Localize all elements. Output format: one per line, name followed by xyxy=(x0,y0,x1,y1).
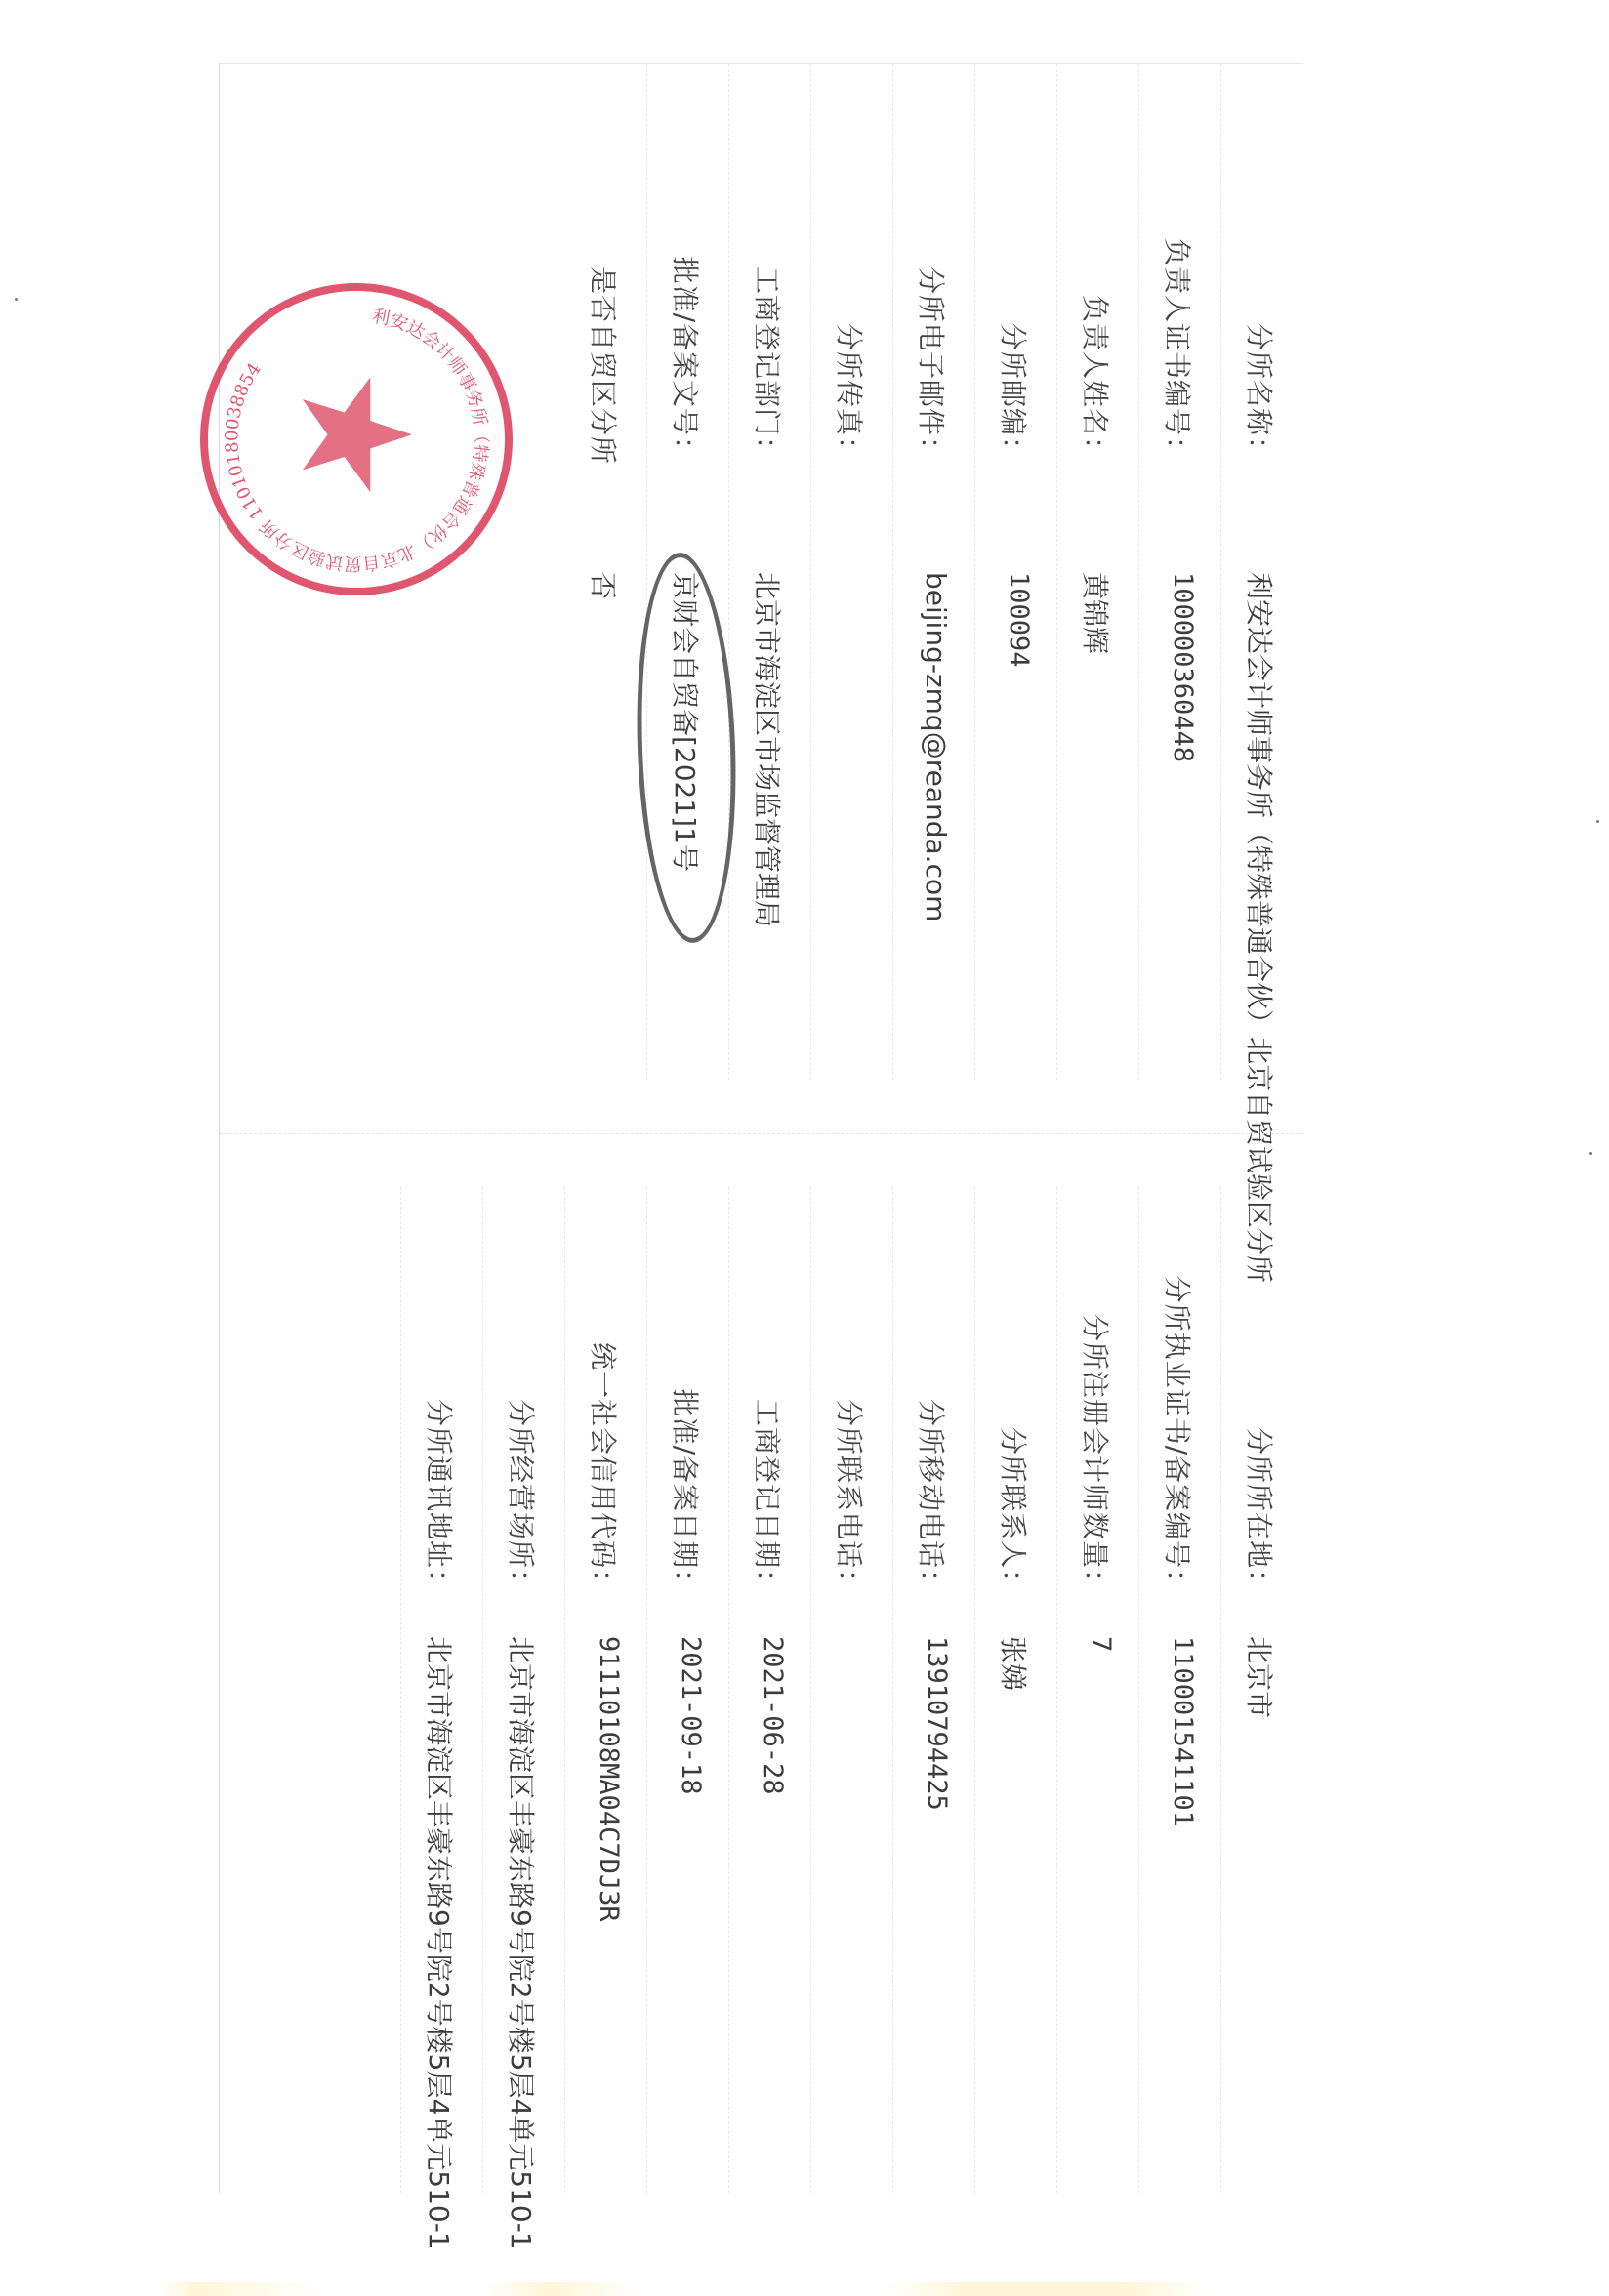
field-value: 100094 xyxy=(1004,572,1034,668)
field-business-address: 分所经营场所： 北京市海淀区丰豪东路9号院2号楼5层4单元510-1 xyxy=(482,1187,565,2193)
field-label: 分所联系电话： xyxy=(831,1399,870,1597)
field-value: 13910794425 xyxy=(922,1636,952,1811)
field-value: 7 xyxy=(1086,1636,1116,1652)
field-mobile: 分所移动电话： 13910794425 xyxy=(892,1187,975,2193)
field-registration-dept: 工商登记部门： 北京市海淀区市场监督管理局 xyxy=(728,64,811,1080)
field-label: 分所联系人： xyxy=(995,1427,1034,1597)
seal-graphic: 利安达会计师事务所（特殊普通合伙）北京自贸试验区分所 1101018003885… xyxy=(208,291,505,588)
field-label: 分所邮编： xyxy=(995,323,1034,465)
field-value: 北京市海淀区丰豪东路9号院2号楼5层4单元510-1 xyxy=(503,1636,542,2250)
field-value: 91110108MA04C7DJ3R xyxy=(594,1636,624,1922)
field-value: 利安达会计师事务所（特殊普通合伙）北京自贸试验区分所 xyxy=(1241,572,1280,1283)
field-label: 分所传真： xyxy=(831,323,870,465)
official-seal: 利安达会计师事务所（特殊普通合伙）北京自贸试验区分所 1101018003885… xyxy=(200,283,513,595)
field-branch-name: 分所名称： 利安达会计师事务所（特殊普通合伙）北京自贸试验区分所 xyxy=(1220,64,1303,1080)
field-mailing-address: 分所通讯地址： 北京市海淀区丰豪东路9号院2号楼5层4单元510-1 xyxy=(400,1187,483,2193)
field-registration-date: 工商登记日期： 2021-06-28 xyxy=(728,1187,811,2193)
field-label: 分所注册会计师数量： xyxy=(1077,1314,1116,1597)
field-approval-date: 批准/备案日期： 2021-09-18 xyxy=(646,1187,729,2193)
field-value: 北京市海淀区市场监督管理局 xyxy=(749,572,788,927)
field-fax: 分所传真： xyxy=(810,64,893,1080)
field-credit-code: 统一社会信用代码： 91110108MA04C7DJ3R xyxy=(564,1187,647,2193)
field-label: 分所电子邮件： xyxy=(913,266,952,465)
field-head-cert-no: 负责人证书编号： 100000360448 xyxy=(1138,64,1221,1080)
field-label: 统一社会信用代码： xyxy=(585,1342,624,1597)
field-label: 批准/备案文号： xyxy=(667,257,706,465)
field-label: 工商登记部门： xyxy=(749,266,788,465)
field-label: 工商登记日期： xyxy=(749,1399,788,1597)
field-label: 负责人姓名： xyxy=(1077,295,1116,465)
field-label: 负责人证书编号： xyxy=(1159,238,1198,465)
field-label: 分所执业证书/备案编号： xyxy=(1159,1276,1198,1597)
field-value: 100000360448 xyxy=(1168,572,1198,762)
form-column-left: 分所所在地： 北京市 分所执业证书/备案编号： 110001541101 分所注… xyxy=(220,1187,1303,2193)
field-value: 北京市海淀区丰豪东路9号院2号楼5层4单元510-1 xyxy=(421,1636,460,2250)
field-postcode: 分所邮编： 100094 xyxy=(974,64,1057,1080)
field-license-no: 分所执业证书/备案编号： 110001541101 xyxy=(1138,1187,1221,2193)
field-value: 否 xyxy=(585,572,624,599)
field-label: 分所所在地： xyxy=(1241,1427,1280,1597)
field-contact-person: 分所联系人： 张娣 xyxy=(974,1187,1057,2193)
field-label: 分所移动电话： xyxy=(913,1399,952,1597)
star-icon xyxy=(303,377,412,492)
field-label: 分所通讯地址： xyxy=(421,1399,460,1597)
field-label: 批准/备案日期： xyxy=(667,1389,706,1597)
field-value: 2021-06-28 xyxy=(758,1636,788,1795)
scan-speck xyxy=(1596,820,1599,823)
field-label: 是否自贸区分所 xyxy=(585,266,624,465)
scan-speck xyxy=(15,298,18,301)
scan-speck xyxy=(1589,1152,1592,1155)
field-head-name: 负责人姓名： 黄锦辉 xyxy=(1056,64,1139,1080)
field-value: 北京市 xyxy=(1241,1636,1280,1718)
scan-edge-tint xyxy=(0,2282,1609,2296)
field-ftz-branch: 是否自贸区分所 否 xyxy=(565,64,647,1080)
field-phone: 分所联系电话： xyxy=(810,1187,893,2193)
column-divider xyxy=(220,1133,1303,1134)
field-value: 黄锦辉 xyxy=(1077,572,1116,654)
field-value: 2021-09-18 xyxy=(676,1636,706,1795)
field-value: beijing-zmq@reanda.com xyxy=(920,572,952,922)
field-label: 分所名称： xyxy=(1241,323,1280,465)
field-value: 张娣 xyxy=(995,1636,1034,1691)
field-value: 110001541101 xyxy=(1168,1636,1198,1826)
field-email: 分所电子邮件： beijing-zmq@reanda.com xyxy=(892,64,975,1080)
field-cpa-count: 分所注册会计师数量： 7 xyxy=(1056,1187,1139,2193)
field-location: 分所所在地： 北京市 xyxy=(1220,1187,1303,2193)
field-label: 分所经营场所： xyxy=(503,1399,542,1597)
